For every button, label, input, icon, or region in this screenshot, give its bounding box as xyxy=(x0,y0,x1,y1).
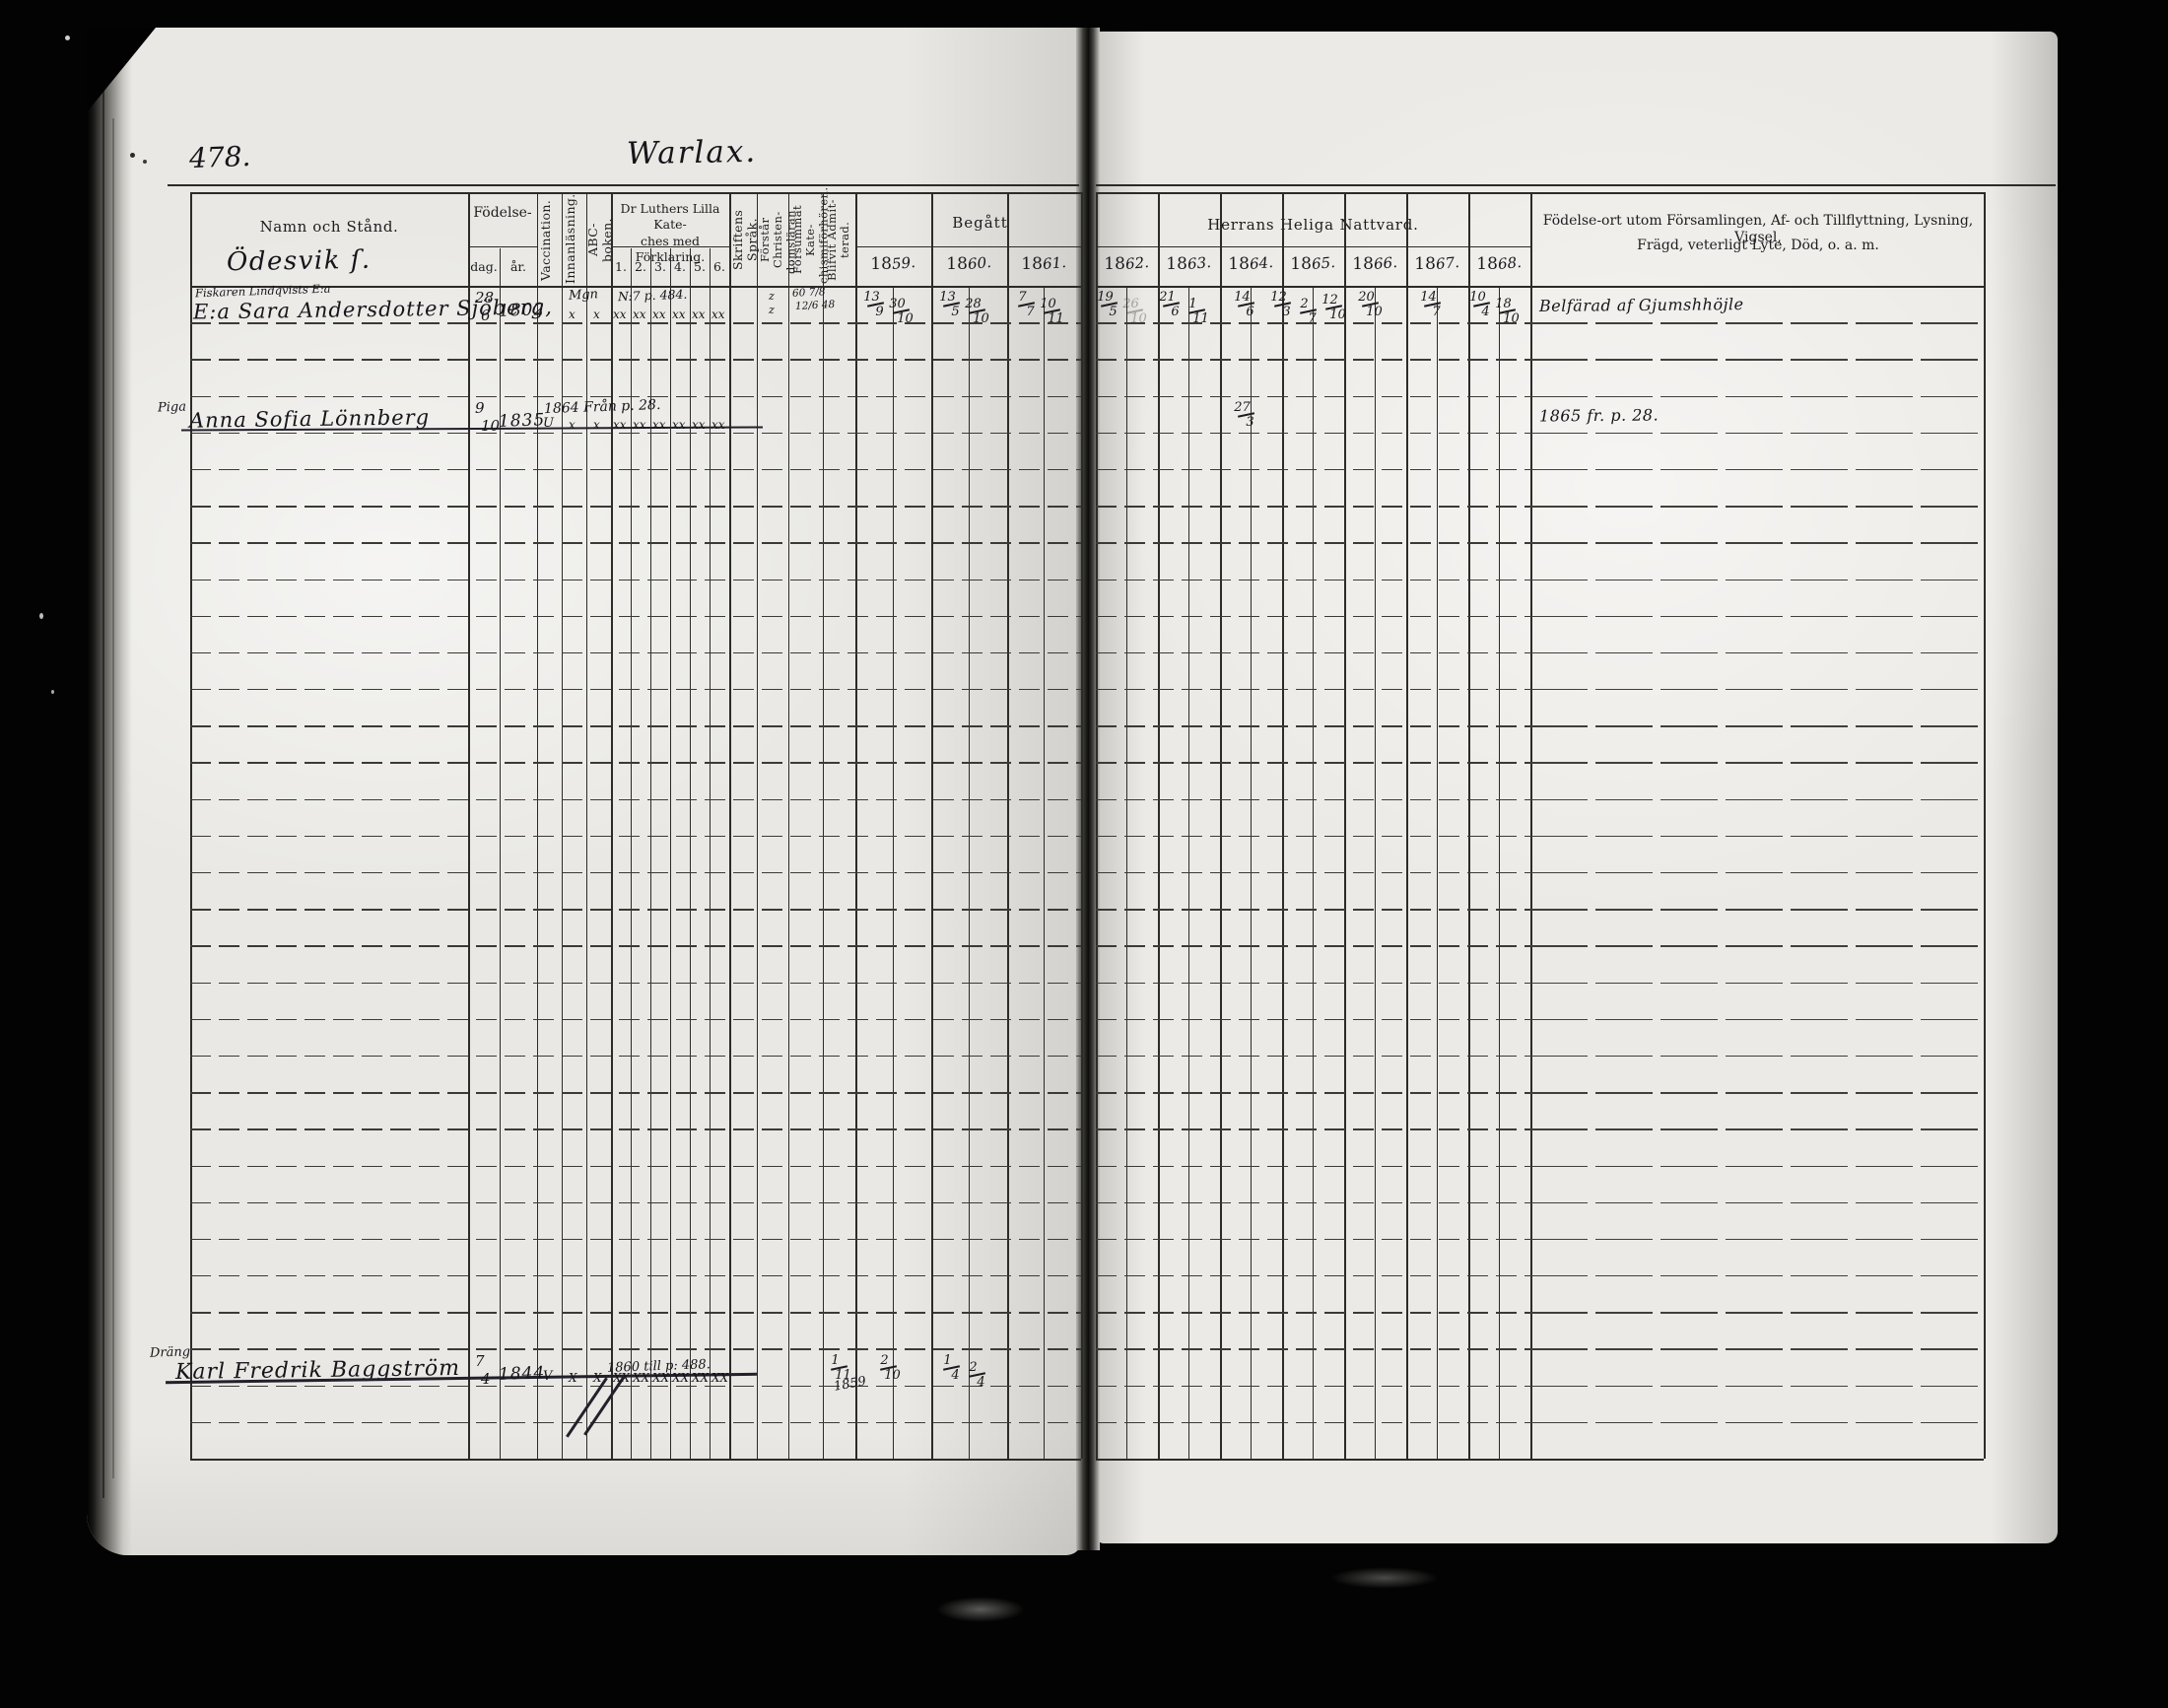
blifvit-line2: terad. xyxy=(838,222,851,258)
grid-hline xyxy=(468,246,537,247)
fraction-numerator: 30 xyxy=(889,298,906,310)
grid-hline xyxy=(190,1459,1081,1461)
ruled-row-line xyxy=(1096,945,1530,946)
ruled-row-line xyxy=(1096,689,1530,690)
ruled-row-line xyxy=(190,469,1081,470)
grid-vline xyxy=(788,192,789,1459)
grid-vline xyxy=(710,248,711,1459)
scan-glare xyxy=(1330,1567,1439,1589)
year-printed: 18 xyxy=(1166,254,1187,274)
book-left-edge xyxy=(87,28,132,1555)
fraction-numerator: 13 xyxy=(939,291,956,304)
scan-corner-shadow xyxy=(87,28,156,112)
mark-kateches: xx xyxy=(633,419,646,431)
mark-vaccination: U xyxy=(543,417,554,430)
mark-kateches: XX xyxy=(633,1372,649,1384)
communion-date-1863: 111 xyxy=(1188,298,1205,325)
ruled-row-line xyxy=(1530,1019,1979,1020)
ruled-row-line xyxy=(1096,469,1530,470)
fraction-numerator: 20 xyxy=(1358,291,1375,304)
scan-glare xyxy=(936,1597,1025,1622)
fraction-numerator: 7 xyxy=(1018,291,1026,304)
remarks-header-line2: Frägd, veterligt Lyte, Död, o. a. m. xyxy=(1537,238,1979,254)
ruled-row-line xyxy=(1530,872,1979,873)
mark-kateches: xx xyxy=(633,308,646,320)
fraction-numerator: 12 xyxy=(1270,291,1287,304)
mark-kateches: xx xyxy=(692,308,706,320)
ruled-row-line xyxy=(190,762,1081,763)
ruled-row-line xyxy=(1096,1166,1530,1167)
ruled-row-line xyxy=(190,542,1081,543)
grid-hline xyxy=(1096,286,1984,288)
ruled-row-line xyxy=(1096,542,1530,543)
ruled-row-line xyxy=(1096,909,1530,910)
grid-vline xyxy=(729,192,731,1459)
column-header-skriftens-sprak: Skriftens Språk. xyxy=(731,196,755,284)
ruled-row-line xyxy=(1530,1275,1979,1276)
ruled-row-line xyxy=(1096,652,1530,653)
year-handwritten: 61. xyxy=(1042,253,1066,273)
mark-innanlasning: x xyxy=(569,308,576,320)
fraction-denominator: 10 xyxy=(884,1369,901,1382)
mark-innanlasning: X xyxy=(569,1372,577,1384)
ruled-row-line xyxy=(1096,1422,1530,1423)
column-header-vaccination: Vaccination. xyxy=(539,196,561,284)
fraction-numerator: 1 xyxy=(1188,298,1196,310)
ruled-row-line xyxy=(1096,1275,1530,1276)
page-title: Warlax. xyxy=(627,137,758,170)
ruled-row-line xyxy=(190,506,1081,507)
grid-vline xyxy=(670,248,671,1459)
communion-date-1861: 77 xyxy=(1018,291,1035,318)
ruled-row-line xyxy=(1530,983,1979,984)
ruled-row-line xyxy=(190,872,1081,873)
fraction-numerator: 28 xyxy=(965,298,982,310)
ruled-row-line xyxy=(1530,1056,1979,1057)
ruled-row-line xyxy=(190,1386,1081,1387)
ruled-row-line xyxy=(190,983,1081,984)
ruled-row-line xyxy=(190,725,1081,726)
year-handwritten: 60. xyxy=(967,253,991,273)
fraction-denominator: 10 xyxy=(1503,312,1520,325)
ruled-row-line xyxy=(1096,1348,1530,1349)
column-header-forstar: Förstår Christen-domsläran. xyxy=(759,196,786,284)
communion-date-1864: 273 xyxy=(1238,401,1254,429)
fraction-numerator: 14 xyxy=(1234,291,1251,304)
communion-date-1865: 1210 xyxy=(1325,294,1342,321)
ruled-row-line xyxy=(1096,616,1530,617)
ruled-row-line xyxy=(1530,433,1979,434)
ruled-row-line xyxy=(190,433,1081,434)
ruled-row-line xyxy=(1530,1422,1979,1423)
grid-vline xyxy=(468,192,470,1459)
ruled-row-line xyxy=(190,689,1081,690)
fraction-denominator: 4 xyxy=(951,1369,959,1382)
fraction-denominator: 4 xyxy=(1481,306,1489,318)
skriftens-text: Skriftens Språk. xyxy=(730,210,759,270)
column-header-namn: Namn och Stånd. xyxy=(190,218,468,236)
grid-vline xyxy=(611,192,613,1459)
column-header-dag: dag. xyxy=(468,259,500,274)
grid-hline xyxy=(611,246,729,247)
mark-abc: x xyxy=(593,419,600,431)
year-handwritten: 68. xyxy=(1497,253,1522,273)
ruled-row-line xyxy=(1096,725,1530,726)
communion-date-1868: 104 xyxy=(1473,291,1490,318)
entry-birth-month: 10 xyxy=(481,419,500,434)
dust-speck xyxy=(65,35,70,40)
ruled-row-line xyxy=(190,580,1081,581)
ruled-row-line xyxy=(1530,945,1979,946)
mark-kateches: XX xyxy=(711,1372,728,1384)
ruled-row-line xyxy=(1096,359,1530,360)
grid-vline xyxy=(1007,192,1009,1459)
year-printed: 18 xyxy=(1228,254,1250,274)
grid-hline xyxy=(1096,192,1984,194)
column-header-innanlasning-text: Innanläsning. xyxy=(563,193,577,284)
ruled-row-line xyxy=(1530,1348,1979,1349)
fraction-denominator: 10 xyxy=(1130,312,1147,325)
mark-abc: x xyxy=(593,308,600,320)
ruled-row-line xyxy=(1530,836,1979,837)
forstar-line1: Förstår Christen- xyxy=(758,212,784,269)
ruled-row-line xyxy=(1096,433,1530,434)
kateches-subcolumn-label: 1. xyxy=(611,259,631,274)
fraction-denominator: 3 xyxy=(1246,416,1253,429)
entry-birth-day: 9 xyxy=(475,401,485,416)
grid-vline xyxy=(757,192,758,1459)
kateches-line1: Dr Luthers Lilla Kate- xyxy=(621,201,720,232)
year-handwritten: 67. xyxy=(1435,253,1459,273)
ruled-row-line xyxy=(190,1202,1081,1203)
village-heading: Ödesvik ſ. xyxy=(227,247,372,276)
column-header-begatt: Begått xyxy=(867,214,1093,232)
fraction-denominator: 3 xyxy=(1282,306,1290,318)
entry-occupation: Piga xyxy=(158,400,186,414)
fraction-denominator: 10 xyxy=(897,312,914,325)
grid-vline xyxy=(1282,192,1284,1459)
ruled-row-line xyxy=(190,909,1081,910)
year-handwritten: 66. xyxy=(1373,253,1397,273)
entry-reading-note: Mgn xyxy=(569,288,599,303)
kateches-subcolumn-label: 3. xyxy=(650,259,670,274)
ruled-row-line xyxy=(1096,1202,1530,1203)
entry-remark: 1865 fr. p. 28. xyxy=(1539,407,1659,424)
ruled-row-line xyxy=(1096,836,1530,837)
column-header-vaccination-text: Vaccination. xyxy=(538,199,553,280)
communion-date-1860: 14 xyxy=(943,1354,960,1382)
communion-date-1865: 27 xyxy=(1300,298,1317,325)
kateches-subcolumn-label: 2. xyxy=(631,259,650,274)
year-column-1868: 1868. xyxy=(1461,254,1536,274)
fraction-denominator: 11 xyxy=(1192,312,1209,325)
mark-innanlasning: x xyxy=(569,419,576,431)
mark-kateches: XX xyxy=(692,1372,709,1384)
grid-vline xyxy=(562,192,563,1459)
ruled-row-line xyxy=(190,1422,1081,1423)
kateches-subcolumn-label: 6. xyxy=(710,259,729,274)
ruled-row-line xyxy=(1530,580,1979,581)
page-edge-streak xyxy=(102,59,104,1498)
ruled-row-line xyxy=(1096,872,1530,873)
fraction-numerator: 19 xyxy=(1097,291,1114,304)
fraction-denominator: 5 xyxy=(1109,306,1117,318)
mark-kateches: xx xyxy=(672,419,686,431)
fraction-numerator: 1 xyxy=(943,1354,951,1367)
fraction-numerator: 18 xyxy=(1495,298,1512,310)
communion-date-1868: 1810 xyxy=(1499,298,1516,325)
grid-vline xyxy=(537,192,538,1459)
grid-vline xyxy=(1530,192,1532,1459)
ruled-row-line xyxy=(190,1019,1081,1020)
note-forsummat: 12/6 48 xyxy=(795,300,836,312)
fraction-numerator: 14 xyxy=(1420,291,1437,304)
year-printed: 18 xyxy=(1476,254,1498,274)
ruled-row-line xyxy=(1096,1312,1530,1313)
ruled-row-line xyxy=(190,799,1081,800)
mark-kateches: xx xyxy=(711,308,725,320)
forsummat-line1: Försummat Kate- xyxy=(790,206,817,275)
entry-birth-year: 1844 xyxy=(499,1365,546,1384)
note-forsummat: 60 7/8 xyxy=(792,287,826,299)
ruled-row-line xyxy=(1530,542,1979,543)
fraction-denominator: 7 xyxy=(1026,306,1034,318)
mark-kateches: xx xyxy=(613,308,627,320)
ruled-row-line xyxy=(1530,616,1979,617)
ruled-row-line xyxy=(1096,762,1530,763)
ruled-row-line xyxy=(190,359,1081,360)
column-header-ar: år. xyxy=(500,259,537,274)
year-handwritten: 64. xyxy=(1249,253,1273,273)
fraction-numerator: 10 xyxy=(1469,291,1486,304)
grid-vline xyxy=(1984,192,1986,1459)
fraction-numerator: 10 xyxy=(1040,298,1056,310)
grid-hline xyxy=(1096,246,1530,247)
grid-vline xyxy=(1406,192,1408,1459)
page-number: 478. xyxy=(189,143,251,172)
ruled-row-line xyxy=(190,1092,1081,1093)
abc-line1: ABC- xyxy=(585,224,600,257)
ruled-row-line xyxy=(1096,1386,1530,1387)
ruled-row-line xyxy=(190,945,1081,946)
mark-kateches: XX xyxy=(613,1372,630,1384)
year-column-1860: 1860. xyxy=(931,254,1006,274)
ruled-row-line xyxy=(1530,1128,1979,1129)
communion-date-1860: 2810 xyxy=(969,298,985,325)
ruled-row-line xyxy=(1096,506,1530,507)
mark-kateches: xx xyxy=(613,419,627,431)
ruled-row-line xyxy=(190,836,1081,837)
dust-speck xyxy=(51,690,54,694)
fraction-denominator: 10 xyxy=(1366,306,1383,318)
grid-vline xyxy=(1096,192,1098,1459)
fraction-denominator: 7 xyxy=(1432,306,1440,318)
communion-date-1862: 2610 xyxy=(1126,298,1143,325)
fraction-numerator: 2 xyxy=(1300,298,1308,310)
mark-kateches: xx xyxy=(652,308,666,320)
grid-vline xyxy=(650,248,651,1459)
ruled-row-line xyxy=(1096,1128,1530,1129)
entry-kateches-note: N:7 p. 484. xyxy=(618,289,688,304)
year-column-1859: 1859. xyxy=(855,254,930,274)
ruled-row-line xyxy=(190,322,1081,323)
ruled-row-line xyxy=(1530,652,1979,653)
ink-dot xyxy=(130,153,135,158)
fraction-numerator: 2 xyxy=(880,1354,888,1367)
ruled-row-line xyxy=(1096,983,1530,984)
grid-vline xyxy=(1468,192,1470,1459)
ruled-row-line xyxy=(1530,1386,1979,1387)
mark-kateches: xx xyxy=(711,419,725,431)
fraction-denominator: 10 xyxy=(973,312,989,325)
year-column-1861: 1861. xyxy=(1006,254,1081,274)
year-printed: 18 xyxy=(1290,254,1312,274)
entry-birth-month: 6 xyxy=(481,308,491,323)
communion-date-1859: 139 xyxy=(867,291,884,318)
column-header-blifvit: Blifvit Admit-terad. xyxy=(826,196,851,284)
ruled-row-line xyxy=(1530,689,1979,690)
fraction-denominator: 10 xyxy=(1329,308,1346,321)
blifvit-line1: Blifvit Admit- xyxy=(825,199,839,281)
grid-vline xyxy=(1220,192,1222,1459)
ruled-row-line xyxy=(1530,1092,1979,1093)
ruled-row-line xyxy=(1530,396,1979,397)
mark-kateches: XX xyxy=(672,1372,689,1384)
communion-date-1865: 123 xyxy=(1274,291,1291,318)
fraction-denominator: 6 xyxy=(1171,306,1179,318)
mark-forstar: z xyxy=(769,291,775,302)
communion-date-1863: 216 xyxy=(1163,291,1180,318)
ruled-row-line xyxy=(1096,580,1530,581)
communion-date-1859: 210 xyxy=(880,1354,897,1382)
fraction-denominator: 7 xyxy=(1308,312,1316,325)
entry-birth-day: 7 xyxy=(475,1354,485,1369)
column-header-nattvard: Herrans Heliga Nattvard. xyxy=(1096,216,1530,234)
fraction-denominator: 11 xyxy=(1048,312,1064,325)
ruled-row-line xyxy=(190,1128,1081,1129)
ruled-row-line xyxy=(1096,396,1530,397)
page-edge-streak xyxy=(112,118,114,1478)
communion-date-1862: 195 xyxy=(1101,291,1118,318)
fraction-numerator: 27 xyxy=(1234,401,1251,414)
ruled-row-line xyxy=(1530,1166,1979,1167)
fraction-numerator: 1 xyxy=(831,1354,839,1367)
grid-hline xyxy=(1096,1459,1984,1461)
mark-kateches: xx xyxy=(672,308,686,320)
fraction-numerator: 13 xyxy=(863,291,880,304)
ruled-row-line xyxy=(190,1275,1081,1276)
grid-vline xyxy=(931,192,933,1459)
communion-date-1860: 24 xyxy=(969,1361,985,1389)
entry-annotation: 1864 Från p. 28. xyxy=(544,398,661,416)
column-header-abc-boken: ABC-boken. xyxy=(586,196,610,284)
communion-date-1859: 3010 xyxy=(893,298,910,325)
communion-date-1864: 146 xyxy=(1238,291,1254,318)
column-header-fodelse: Födelse- xyxy=(468,205,537,222)
fraction-numerator: 26 xyxy=(1122,298,1139,310)
fraction-numerator: 2 xyxy=(969,1361,977,1374)
entry-birth-year: 1835 xyxy=(499,412,546,431)
mark-abc: X xyxy=(593,1372,602,1384)
fraction-numerator: 12 xyxy=(1321,294,1338,307)
grid-vline xyxy=(1344,192,1346,1459)
fraction-denominator: 5 xyxy=(951,306,959,318)
ruled-row-line xyxy=(1530,909,1979,910)
year-handwritten: 63. xyxy=(1186,253,1211,273)
mark-kateches: XX xyxy=(652,1372,669,1384)
ruled-row-line xyxy=(1096,1019,1530,1020)
communion-date-1860: 135 xyxy=(943,291,960,318)
column-header-innanlasning: Innanläsning. xyxy=(564,196,585,284)
ruled-row-line xyxy=(1096,799,1530,800)
scanned-ledger-page: 478. Warlax. Namn och Stånd. Födelse- da… xyxy=(0,0,2168,1708)
communion-date-1866: 2010 xyxy=(1362,291,1379,318)
ruled-row-line xyxy=(190,652,1081,653)
communion-date-1861: 1011 xyxy=(1044,298,1060,325)
ruled-row-line xyxy=(1530,359,1979,360)
entry-birth-year: 1802 xyxy=(499,302,546,320)
ruled-row-line xyxy=(1096,1056,1530,1057)
fraction-denominator: 6 xyxy=(1246,306,1253,318)
ruled-row-line xyxy=(1530,725,1979,726)
ruled-row-line xyxy=(1530,1239,1979,1240)
ruled-row-line xyxy=(1530,799,1979,800)
grid-hline xyxy=(168,184,1079,186)
column-header-forsummat: Försummat Kate-chismiförhören. xyxy=(791,196,819,284)
grid-hline xyxy=(1096,184,2056,186)
ruled-row-line xyxy=(1096,1239,1530,1240)
year-printed: 18 xyxy=(946,254,968,274)
entry-remark: Belfärad af Gjumshhöjle xyxy=(1539,297,1744,314)
entry-birth-month: 4 xyxy=(481,1372,491,1387)
ruled-row-line xyxy=(1530,762,1979,763)
mark-kateches: xx xyxy=(692,419,706,431)
ruled-row-line xyxy=(190,1056,1081,1057)
grid-vline xyxy=(1158,192,1160,1459)
ruled-row-line xyxy=(190,1348,1081,1349)
entry-occupation: Dräng xyxy=(150,1345,191,1359)
grid-vline xyxy=(690,248,691,1459)
ruled-row-line xyxy=(190,1312,1081,1313)
fraction-numerator: 21 xyxy=(1159,291,1176,304)
grid-hline xyxy=(855,246,1081,247)
ruled-row-line xyxy=(1530,1312,1979,1313)
mark-forstar: z xyxy=(769,305,775,315)
kateches-subcolumn-label: 5. xyxy=(690,259,710,274)
ruled-row-line xyxy=(190,1166,1081,1167)
ruled-row-line xyxy=(190,1239,1081,1240)
ink-dot xyxy=(143,160,147,164)
year-printed: 18 xyxy=(1104,254,1125,274)
ruled-row-line xyxy=(1530,1202,1979,1203)
ruled-row-line xyxy=(1530,506,1979,507)
ruled-row-line xyxy=(1096,1092,1530,1093)
year-printed: 18 xyxy=(870,254,892,274)
mark-vaccination: V xyxy=(543,1370,552,1383)
ruled-row-line xyxy=(1530,322,1979,323)
dust-speck xyxy=(39,613,43,619)
ruled-row-line xyxy=(190,396,1081,397)
mark-kateches: xx xyxy=(652,419,666,431)
fraction-denominator: 4 xyxy=(977,1376,984,1389)
ruled-row-line xyxy=(190,616,1081,617)
grid-vline xyxy=(631,248,632,1459)
year-printed: 18 xyxy=(1021,254,1043,274)
grid-vline xyxy=(1081,192,1083,1459)
fraction-denominator: 9 xyxy=(875,306,883,318)
year-handwritten: 59. xyxy=(891,253,915,273)
grid-vline xyxy=(855,192,857,1459)
